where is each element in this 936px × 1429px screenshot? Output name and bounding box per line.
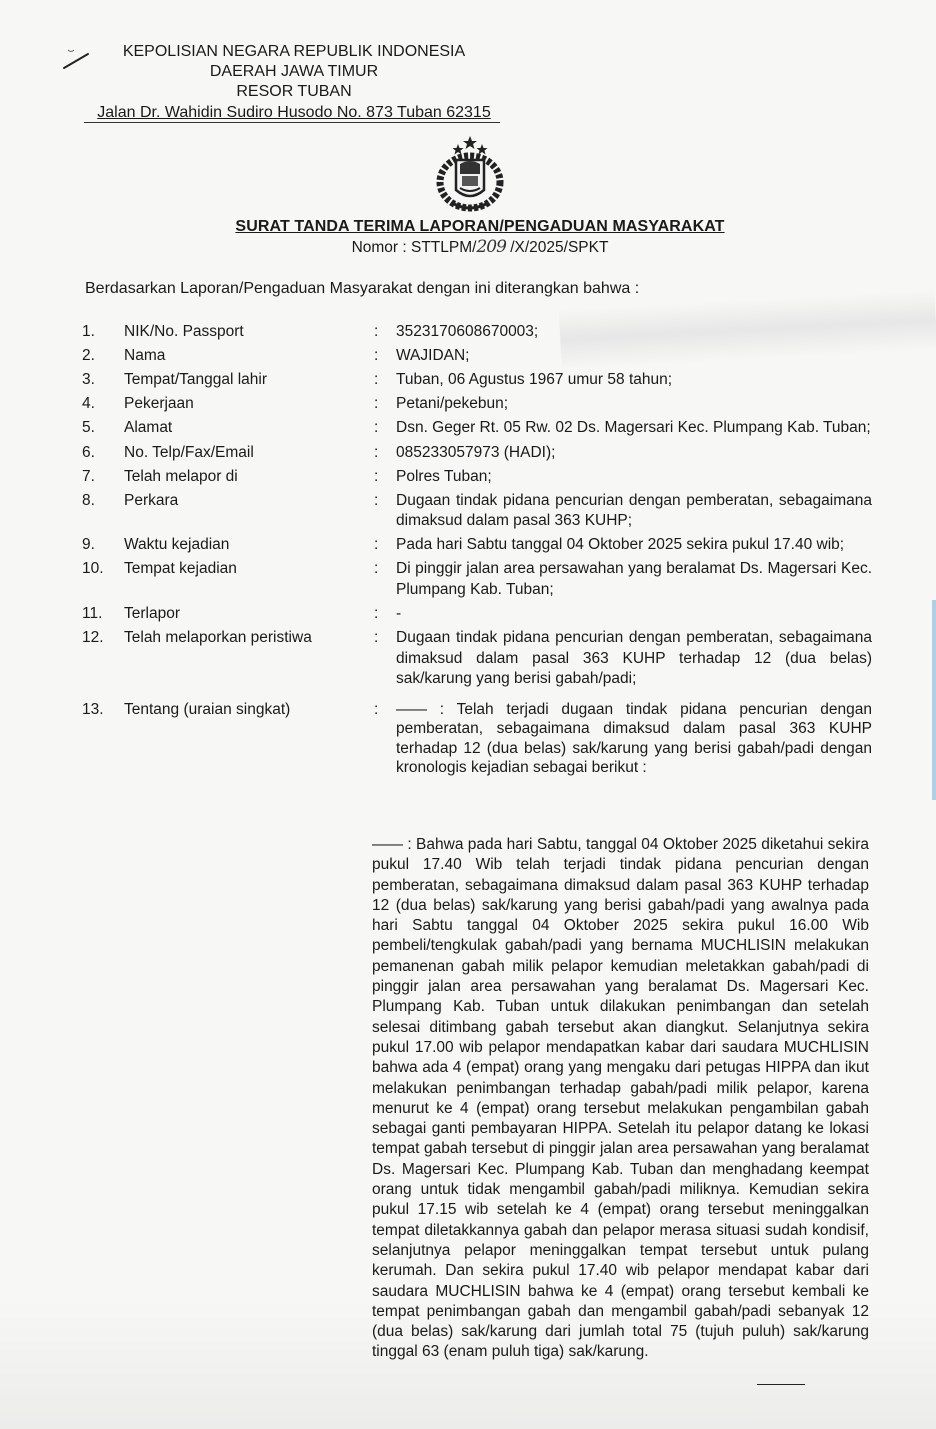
field-row: 4.Pekerjaan:Petani/pekebun;	[82, 394, 882, 415]
closing-dash-line	[757, 1384, 805, 1385]
field-colon: :	[374, 443, 396, 464]
field-value-phone: 085233057973 (HADI);	[396, 443, 882, 464]
field-number: 10.	[82, 559, 124, 600]
field-number: 8.	[82, 491, 124, 532]
document-title: SURAT TANDA TERIMA LAPORAN/PENGADUAN MAS…	[200, 218, 760, 236]
field-value-reported-at: Polres Tuban;	[396, 467, 882, 488]
field-row: 5.Alamat:Dsn. Geger Rt. 05 Rw. 02 Ds. Ma…	[82, 418, 882, 439]
field-colon: :	[374, 604, 396, 625]
document-page: KEPOLISIAN NEGARA REPUBLIK INDONESIA DAE…	[0, 0, 936, 1429]
letterhead-divider	[84, 122, 500, 123]
field-value-nik: 3523170608670003;	[396, 322, 882, 343]
field-colon: :	[374, 394, 396, 415]
field-label: Waktu kejadian	[124, 535, 374, 556]
document-number-suffix: /X/2025/SPKT	[506, 239, 609, 256]
field-number: 11.	[82, 604, 124, 625]
field-value-name: WAJIDAN;	[396, 346, 882, 367]
field-label: Telah melapor di	[124, 467, 374, 488]
field-label: Pekerjaan	[124, 394, 374, 415]
field-value-occupation: Petani/pekebun;	[396, 394, 882, 415]
field-row: 6.No. Telp/Fax/Email:085233057973 (HADI)…	[82, 443, 882, 464]
field-row: 9.Waktu kejadian:Pada hari Sabtu tanggal…	[82, 535, 882, 556]
field-row: 8.Perkara:Dugaan tindak pidana pencurian…	[82, 491, 882, 532]
field-value-incident-time: Pada hari Sabtu tanggal 04 Oktober 2025 …	[396, 535, 882, 556]
field-number: 6.	[82, 443, 124, 464]
field-number: 5.	[82, 418, 124, 439]
field-colon: :	[374, 491, 396, 532]
title-block: SURAT TANDA TERIMA LAPORAN/PENGADUAN MAS…	[200, 218, 760, 257]
field-row: 3.Tempat/Tanggal lahir:Tuban, 06 Agustus…	[82, 370, 882, 391]
field-row: 7.Telah melapor di:Polres Tuban;	[82, 467, 882, 488]
intro-statement: Berdasarkan Laporan/Pengaduan Masyarakat…	[85, 280, 639, 298]
field-value-birth: Tuban, 06 Agustus 1967 umur 58 tahun;	[396, 370, 882, 391]
field-number: 7.	[82, 467, 124, 488]
field-colon: :	[374, 370, 396, 391]
field-colon: :	[374, 559, 396, 600]
field-label: Tentang (uraian singkat)	[124, 700, 374, 778]
field-label: Alamat	[124, 418, 374, 439]
field-number: 2.	[82, 346, 124, 367]
field-number: 4.	[82, 394, 124, 415]
field-label: NIK/No. Passport	[124, 322, 374, 343]
field-colon: :	[374, 628, 396, 690]
field-label: Tempat kejadian	[124, 559, 374, 600]
report-fields: 1.NIK/No. Passport:3523170608670003; 2.N…	[82, 322, 882, 781]
field-value-address: Dsn. Geger Rt. 05 Rw. 02 Ds. Magersari K…	[396, 418, 882, 439]
field-label: Terlapor	[124, 604, 374, 625]
field-colon: :	[374, 322, 396, 343]
field-row: 1.NIK/No. Passport:3523170608670003;	[82, 322, 882, 343]
field-value-incident-place: Di pinggir jalan area persawahan yang be…	[396, 559, 882, 600]
field-value-reported-party: -	[396, 604, 882, 625]
letterhead: KEPOLISIAN NEGARA REPUBLIK INDONESIA DAE…	[84, 42, 504, 123]
handwritten-number: 209	[476, 237, 505, 257]
field-value-event: Dugaan tindak pidana pencurian dengan pe…	[396, 628, 882, 690]
field-number: 12.	[82, 628, 124, 690]
field-colon: :	[374, 346, 396, 367]
police-emblem-icon	[434, 134, 506, 212]
field-row: 11.Terlapor:-	[82, 604, 882, 625]
field-colon: :	[374, 700, 396, 778]
field-label: Perkara	[124, 491, 374, 532]
institution-name: KEPOLISIAN NEGARA REPUBLIK INDONESIA	[84, 42, 504, 62]
field-number: 1.	[82, 322, 124, 343]
field-label: Nama	[124, 346, 374, 367]
field-value-case: Dugaan tindak pidana pencurian dengan pe…	[396, 491, 882, 532]
institution-address: Jalan Dr. Wahidin Sudiro Husodo No. 873 …	[84, 103, 504, 123]
field-row: 2.Nama:WAJIDAN;	[82, 346, 882, 367]
field-label: Tempat/Tanggal lahir	[124, 370, 374, 391]
region-name: DAERAH JAWA TIMUR	[84, 62, 504, 82]
field-colon: :	[374, 535, 396, 556]
field-number: 13.	[82, 700, 124, 778]
chronology-narrative: —— : Bahwa pada hari Sabtu, tanggal 04 O…	[372, 835, 869, 1363]
document-number: Nomor : STTLPM/209 /X/2025/SPKT	[200, 237, 760, 257]
field-colon: :	[374, 467, 396, 488]
field-value-summary: —— : Telah terjadi dugaan tindak pidana …	[396, 700, 882, 778]
field-row: 12.Telah melaporkan peristiwa:Dugaan tin…	[82, 628, 882, 690]
field-label: Telah melaporkan peristiwa	[124, 628, 374, 690]
document-number-prefix: Nomor : STTLPM/	[352, 239, 477, 256]
resort-name: RESOR TUBAN	[84, 82, 504, 102]
field-label: No. Telp/Fax/Email	[124, 443, 374, 464]
field-number: 3.	[82, 370, 124, 391]
field-colon: :	[374, 418, 396, 439]
field-number: 9.	[82, 535, 124, 556]
field-row: 13.Tentang (uraian singkat):—— : Telah t…	[82, 700, 882, 778]
field-row: 10.Tempat kejadian:Di pinggir jalan area…	[82, 559, 882, 600]
